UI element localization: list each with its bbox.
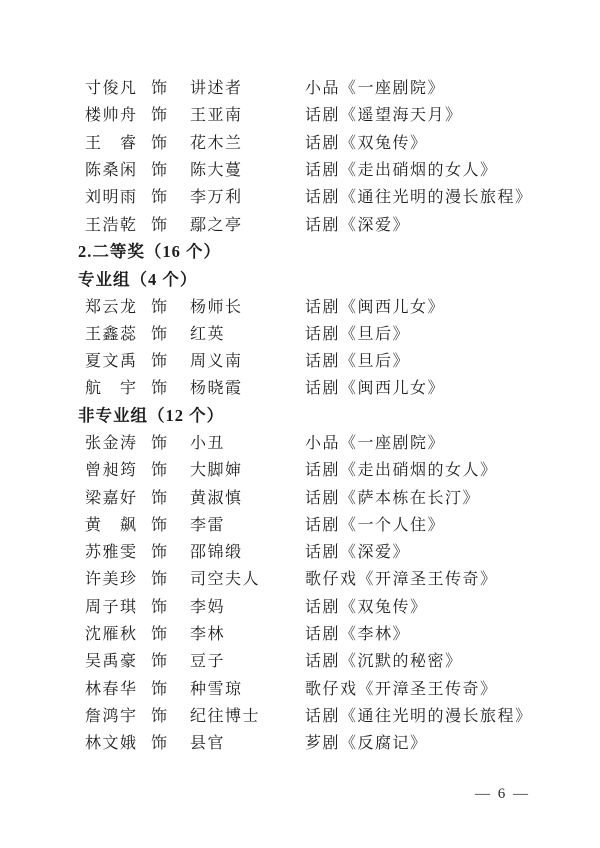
- work-title: 话剧《沉默的秘密》: [305, 648, 542, 671]
- plays-verb: 饰: [151, 430, 190, 453]
- page-number: — 6 —: [475, 786, 530, 803]
- cast-row: 陈桑闲 饰 陈大蔓 话剧《走出硝烟的女人》: [78, 155, 542, 182]
- cast-row: 王鑫蕊 饰 红英 话剧《旦后》: [78, 319, 542, 346]
- actor-name: 詹鸿宇: [85, 703, 151, 726]
- character-name: 讲述者: [190, 75, 305, 98]
- amateur-cast-list: 张金涛 饰 小丑 小品《一座剧院》 曾昶筠 饰 大脚婶 话剧《走出硝烟的女人》 …: [78, 428, 542, 756]
- plays-verb: 饰: [151, 539, 190, 562]
- actor-name: 黄 飙: [85, 512, 151, 535]
- work-title: 话剧《萨本栋在长汀》: [305, 485, 542, 508]
- work-title: 小品《一座剧院》: [305, 75, 542, 98]
- actor-name: 林春华: [85, 676, 151, 699]
- character-name: 周义南: [190, 348, 305, 371]
- work-title: 歌仔戏《开漳圣王传奇》: [305, 676, 542, 699]
- cast-row: 张金涛 饰 小丑 小品《一座剧院》: [78, 428, 542, 455]
- page-content: 寸俊凡 饰 讲述者 小品《一座剧院》 楼帅舟 饰 王亚南 话剧《遥望海天月》 王…: [78, 73, 542, 755]
- plays-verb: 饰: [151, 621, 190, 644]
- actor-name: 林文娥: [85, 730, 151, 753]
- cast-row: 刘明雨 饰 李万利 话剧《通往光明的漫长旅程》: [78, 182, 542, 209]
- cast-row: 夏文禹 饰 周义南 话剧《旦后》: [78, 346, 542, 373]
- character-name: 李万利: [190, 184, 305, 207]
- actor-name: 王 睿: [85, 130, 151, 153]
- character-name: 李妈: [190, 594, 305, 617]
- plays-verb: 饰: [151, 348, 190, 371]
- cast-row: 王浩乾 饰 鄢之亭 话剧《深爱》: [78, 209, 542, 236]
- actor-name: 刘明雨: [85, 184, 151, 207]
- leading-cast-list: 寸俊凡 饰 讲述者 小品《一座剧院》 楼帅舟 饰 王亚南 话剧《遥望海天月》 王…: [78, 73, 542, 237]
- actor-name: 张金涛: [85, 430, 151, 453]
- work-title: 话剧《闽西儿女》: [305, 375, 542, 398]
- actor-name: 陈桑闲: [85, 157, 151, 180]
- cast-row: 楼帅舟 饰 王亚南 话剧《遥望海天月》: [78, 100, 542, 127]
- character-name: 陈大蔓: [190, 157, 305, 180]
- plays-verb: 饰: [151, 130, 190, 153]
- plays-verb: 饰: [151, 457, 190, 480]
- group-heading-amateur: 非专业组（12 个）: [78, 401, 542, 428]
- character-name: 县官: [190, 730, 305, 753]
- document-page: 寸俊凡 饰 讲述者 小品《一座剧院》 楼帅舟 饰 王亚南 话剧《遥望海天月》 王…: [0, 0, 600, 848]
- cast-row: 沈雁秋 饰 李林 话剧《李林》: [78, 619, 542, 646]
- cast-row: 黄 飙 饰 李雷 话剧《一个人住》: [78, 510, 542, 537]
- cast-row: 寸俊凡 饰 讲述者 小品《一座剧院》: [78, 73, 542, 100]
- actor-name: 王鑫蕊: [85, 321, 151, 344]
- professional-cast-list: 郑云龙 饰 杨师长 话剧《闽西儿女》 王鑫蕊 饰 红英 话剧《旦后》 夏文禹 饰…: [78, 291, 542, 400]
- character-name: 鄢之亭: [190, 212, 305, 235]
- actor-name: 曾昶筠: [85, 457, 151, 480]
- work-title: 话剧《走出硝烟的女人》: [305, 457, 542, 480]
- actor-name: 楼帅舟: [85, 102, 151, 125]
- plays-verb: 饰: [151, 321, 190, 344]
- character-name: 小丑: [190, 430, 305, 453]
- work-title: 话剧《通往光明的漫长旅程》: [305, 703, 542, 726]
- cast-row: 郑云龙 饰 杨师长 话剧《闽西儿女》: [78, 291, 542, 318]
- plays-verb: 饰: [151, 294, 190, 317]
- character-name: 大脚婶: [190, 457, 305, 480]
- cast-row: 苏雅雯 饰 邵锦缎 话剧《深爱》: [78, 537, 542, 564]
- cast-row: 许美珍 饰 司空夫人 歌仔戏《开漳圣王传奇》: [78, 564, 542, 591]
- plays-verb: 饰: [151, 703, 190, 726]
- character-name: 王亚南: [190, 102, 305, 125]
- actor-name: 寸俊凡: [85, 75, 151, 98]
- plays-verb: 饰: [151, 102, 190, 125]
- plays-verb: 饰: [151, 375, 190, 398]
- plays-verb: 饰: [151, 648, 190, 671]
- cast-row: 曾昶筠 饰 大脚婶 话剧《走出硝烟的女人》: [78, 455, 542, 482]
- character-name: 花木兰: [190, 130, 305, 153]
- plays-verb: 饰: [151, 512, 190, 535]
- work-title: 芗剧《反腐记》: [305, 730, 542, 753]
- actor-name: 航 宇: [85, 375, 151, 398]
- character-name: 李林: [190, 621, 305, 644]
- actor-name: 吴禹豪: [85, 648, 151, 671]
- work-title: 话剧《一个人住》: [305, 512, 542, 535]
- actor-name: 周子琪: [85, 594, 151, 617]
- work-title: 话剧《双兔传》: [305, 130, 542, 153]
- actor-name: 沈雁秋: [85, 621, 151, 644]
- actor-name: 夏文禹: [85, 348, 151, 371]
- cast-row: 梁嘉好 饰 黄淑慎 话剧《萨本栋在长汀》: [78, 482, 542, 509]
- work-title: 话剧《闽西儿女》: [305, 294, 542, 317]
- plays-verb: 饰: [151, 212, 190, 235]
- plays-verb: 饰: [151, 566, 190, 589]
- cast-row: 航 宇 饰 杨晓霞 话剧《闽西儿女》: [78, 373, 542, 400]
- group-heading-professional: 专业组（4 个）: [78, 264, 542, 291]
- plays-verb: 饰: [151, 75, 190, 98]
- character-name: 杨晓霞: [190, 375, 305, 398]
- cast-row: 林文娥 饰 县官 芗剧《反腐记》: [78, 728, 542, 755]
- cast-row: 周子琪 饰 李妈 话剧《双兔传》: [78, 592, 542, 619]
- character-name: 黄淑慎: [190, 485, 305, 508]
- character-name: 李雷: [190, 512, 305, 535]
- actor-name: 苏雅雯: [85, 539, 151, 562]
- character-name: 司空夫人: [190, 566, 305, 589]
- plays-verb: 饰: [151, 594, 190, 617]
- actor-name: 梁嘉好: [85, 485, 151, 508]
- award-heading: 2.二等奖（16 个）: [78, 237, 542, 264]
- work-title: 话剧《走出硝烟的女人》: [305, 157, 542, 180]
- work-title: 歌仔戏《开漳圣王传奇》: [305, 566, 542, 589]
- work-title: 话剧《旦后》: [305, 348, 542, 371]
- cast-row: 林春华 饰 种雪琼 歌仔戏《开漳圣王传奇》: [78, 674, 542, 701]
- character-name: 种雪琼: [190, 676, 305, 699]
- plays-verb: 饰: [151, 184, 190, 207]
- plays-verb: 饰: [151, 485, 190, 508]
- work-title: 小品《一座剧院》: [305, 430, 542, 453]
- actor-name: 王浩乾: [85, 212, 151, 235]
- work-title: 话剧《李林》: [305, 621, 542, 644]
- work-title: 话剧《双兔传》: [305, 594, 542, 617]
- actor-name: 郑云龙: [85, 294, 151, 317]
- plays-verb: 饰: [151, 676, 190, 699]
- work-title: 话剧《深爱》: [305, 539, 542, 562]
- work-title: 话剧《旦后》: [305, 321, 542, 344]
- cast-row: 王 睿 饰 花木兰 话剧《双兔传》: [78, 128, 542, 155]
- work-title: 话剧《通往光明的漫长旅程》: [305, 184, 542, 207]
- actor-name: 许美珍: [85, 566, 151, 589]
- character-name: 纪往博士: [190, 703, 305, 726]
- character-name: 豆子: [190, 648, 305, 671]
- cast-row: 詹鸿宇 饰 纪往博士 话剧《通往光明的漫长旅程》: [78, 701, 542, 728]
- work-title: 话剧《深爱》: [305, 212, 542, 235]
- character-name: 邵锦缎: [190, 539, 305, 562]
- plays-verb: 饰: [151, 157, 190, 180]
- work-title: 话剧《遥望海天月》: [305, 102, 542, 125]
- character-name: 杨师长: [190, 294, 305, 317]
- character-name: 红英: [190, 321, 305, 344]
- cast-row: 吴禹豪 饰 豆子 话剧《沉默的秘密》: [78, 646, 542, 673]
- plays-verb: 饰: [151, 730, 190, 753]
